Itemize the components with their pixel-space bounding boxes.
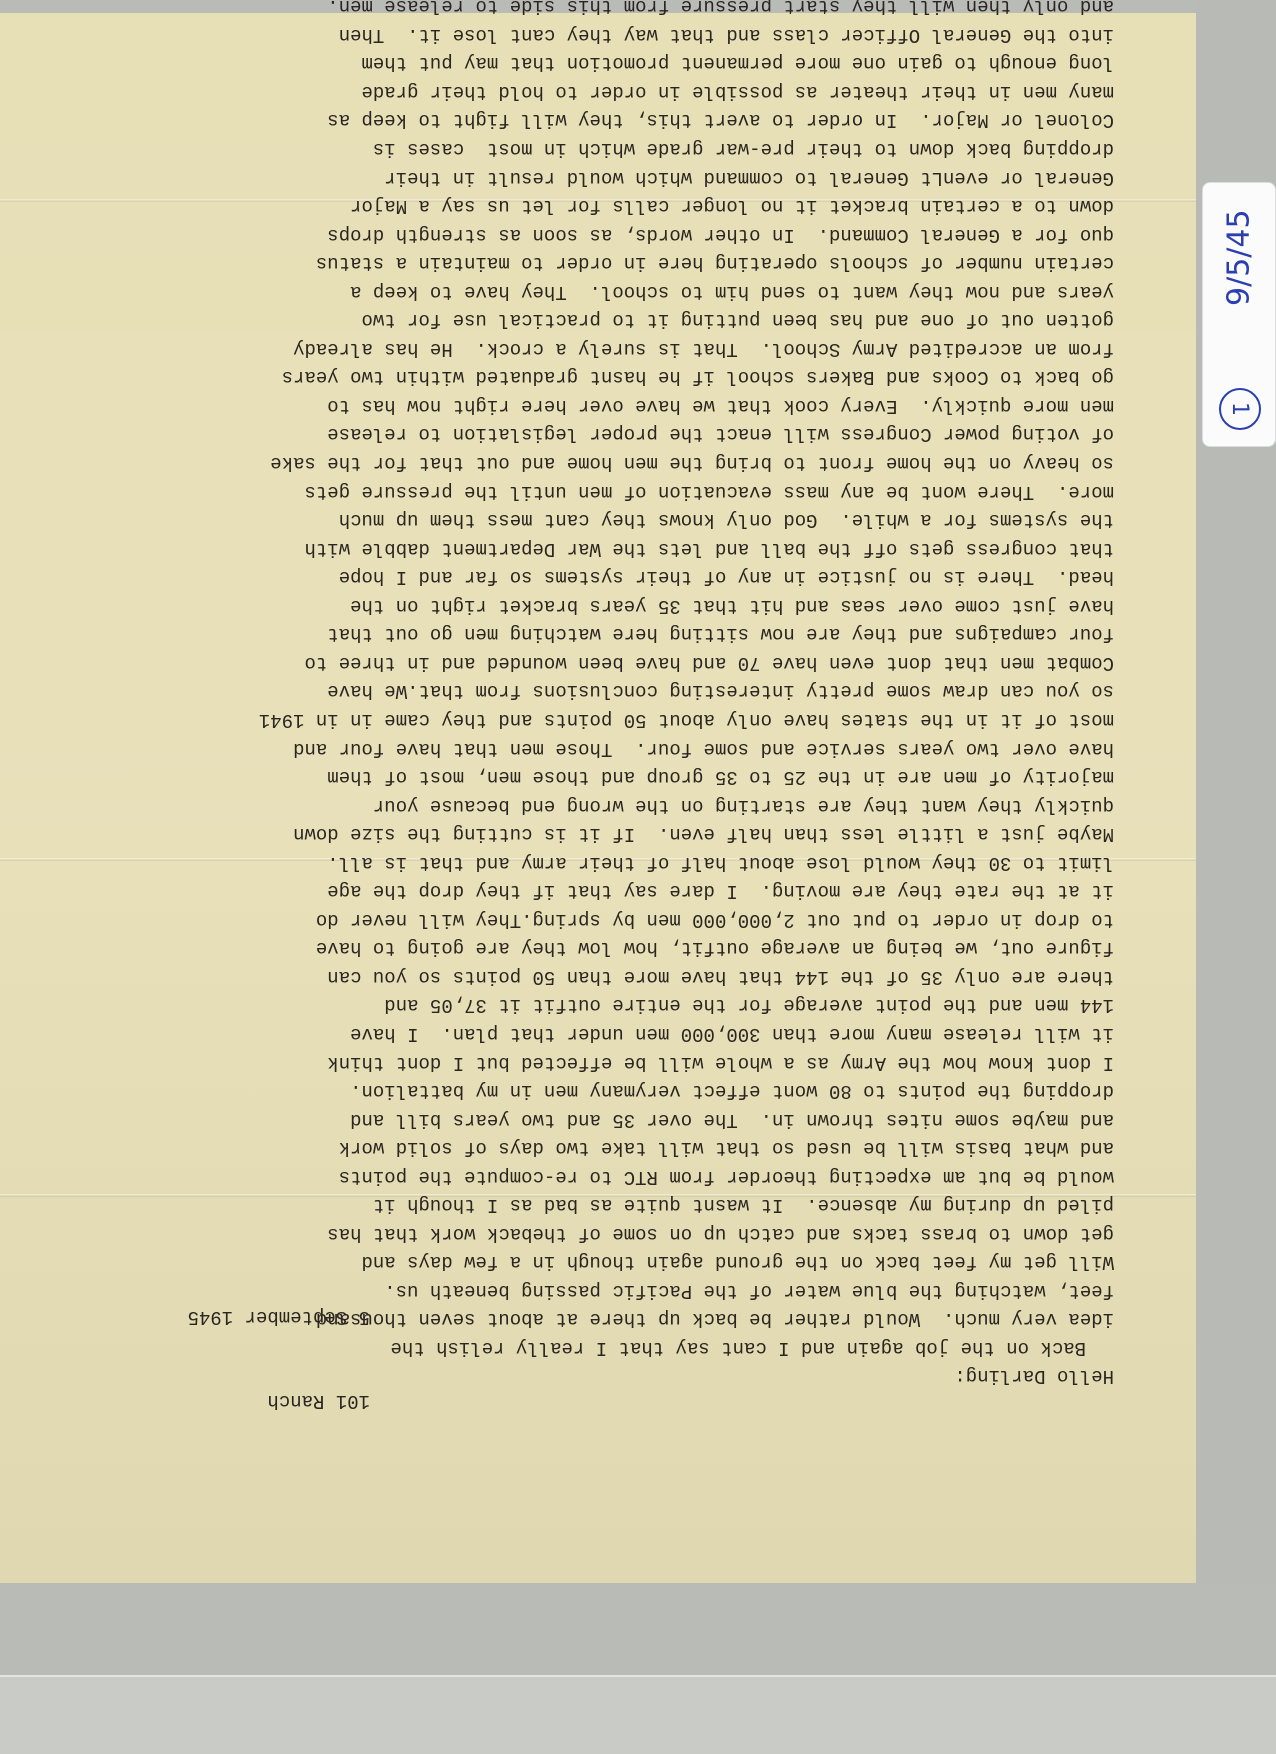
heading-location: 101 Ranch xyxy=(188,1387,370,1415)
handwritten-date: 9/5/45 xyxy=(1211,203,1267,313)
letter-line: idea very much. Would rather be back up … xyxy=(14,1305,1114,1334)
letter-line: there are only 35 of the 144 that have m… xyxy=(14,962,1114,991)
letter-line: would be but am expecting theorder from … xyxy=(14,1162,1114,1191)
letter-line: most of it in the states have only about… xyxy=(14,705,1114,734)
letter-line: and only then will they start pressure f… xyxy=(14,0,1114,20)
letter-line: gotten out of one and has been putting i… xyxy=(14,306,1114,335)
letter-line: certain number of schools operating here… xyxy=(14,249,1114,278)
letter-line: Back on the job again and I cant say tha… xyxy=(14,1333,1114,1362)
letter-line: quo for a General Command. In other word… xyxy=(14,220,1114,249)
letter-line: dropping back down to their pre-war grad… xyxy=(14,134,1114,163)
letter-content-rotated: 101 Ranch 5 September 1945 Hello Darling… xyxy=(0,13,1196,1583)
letter-line: so heavy on the home front to bring the … xyxy=(14,449,1114,478)
letter-line: have just come over seas and hit that 35… xyxy=(14,591,1114,620)
letter-line: so you can draw some pretty interesting … xyxy=(14,677,1114,706)
letter-line: from an accredited Army School. That is … xyxy=(14,334,1114,363)
letter-line: it at the rate they are moving. I dare s… xyxy=(14,877,1114,906)
letter-line: Colonel or Major. In order to avert this… xyxy=(14,106,1114,135)
letter-line: feet, watching the blue water of the Pac… xyxy=(14,1276,1114,1305)
letter-line: to drop in order to put out 2,000,000 me… xyxy=(14,905,1114,934)
letter-line: and maybe some nites thrown in. The over… xyxy=(14,1105,1114,1134)
letter-line: it will release many more than 300,000 m… xyxy=(14,1019,1114,1048)
letter-line: Will get my feet back on the ground agai… xyxy=(14,1248,1114,1277)
letter-line: General or evenLt General to command whi… xyxy=(14,163,1114,192)
letter-line: many men in their theater as possible in… xyxy=(14,77,1114,106)
letter-line: that congress gets off the ball and lets… xyxy=(14,534,1114,563)
letter-line: men more quickly. Every cook that we hav… xyxy=(14,391,1114,420)
letter-line: more. There wont be any mass evacuation … xyxy=(14,477,1114,506)
letter-line: of voting power Congress will enact the … xyxy=(14,420,1114,449)
letter-line: into the General Officer class and that … xyxy=(14,20,1114,49)
letter-line: and what basis will be used so that will… xyxy=(14,1134,1114,1163)
letter-line: dropping the points to 80 wont effect ve… xyxy=(14,1077,1114,1106)
letter-line: down to a certain bracket it no longer c… xyxy=(14,192,1114,221)
letter-line: limit to 30 they would lose about half o… xyxy=(14,848,1114,877)
letter-line: years and now they want to send him to s… xyxy=(14,277,1114,306)
letter-body: Back on the job again and I cant say tha… xyxy=(14,0,1114,1362)
letter-line: Maybe just a little less than half even.… xyxy=(14,820,1114,849)
salutation: Hello Darling: xyxy=(954,1362,1114,1390)
archive-label-card: 9/5/45 1 xyxy=(1202,182,1276,447)
letter-line: I dont know how the Army as a whole will… xyxy=(14,1048,1114,1077)
letter-line: go back to Cooks and Bakers school if he… xyxy=(14,363,1114,392)
letter-line: have over two years service and some fou… xyxy=(14,734,1114,763)
letter-line: quickly they want they are starting on t… xyxy=(14,791,1114,820)
letter-page: 101 Ranch 5 September 1945 Hello Darling… xyxy=(0,13,1196,1583)
letter-line: head. There is no justice in any of thei… xyxy=(14,563,1114,592)
scanner-bed-edge xyxy=(0,1675,1276,1677)
circled-page-number: 1 xyxy=(1219,388,1261,430)
scanner-background-bottom xyxy=(0,1583,1276,1675)
letter-line: Combat men that dont even have 70 and ha… xyxy=(14,648,1114,677)
letter-line: figure out, we being an average outfit, … xyxy=(14,934,1114,963)
letter-line: long enough to gain one more permanent p… xyxy=(14,49,1114,78)
letter-line: majority of men are in the 25 to 35 grou… xyxy=(14,763,1114,792)
letter-line: four campaigns and they are now sitting … xyxy=(14,620,1114,649)
letter-line: the systems for a while. God only knows … xyxy=(14,506,1114,535)
letter-line: piled up during my absence. It wasnt qui… xyxy=(14,1191,1114,1220)
letter-line: get down to brass tacks and catch up on … xyxy=(14,1219,1114,1248)
letter-line: 144 men and the point average for the en… xyxy=(14,991,1114,1020)
